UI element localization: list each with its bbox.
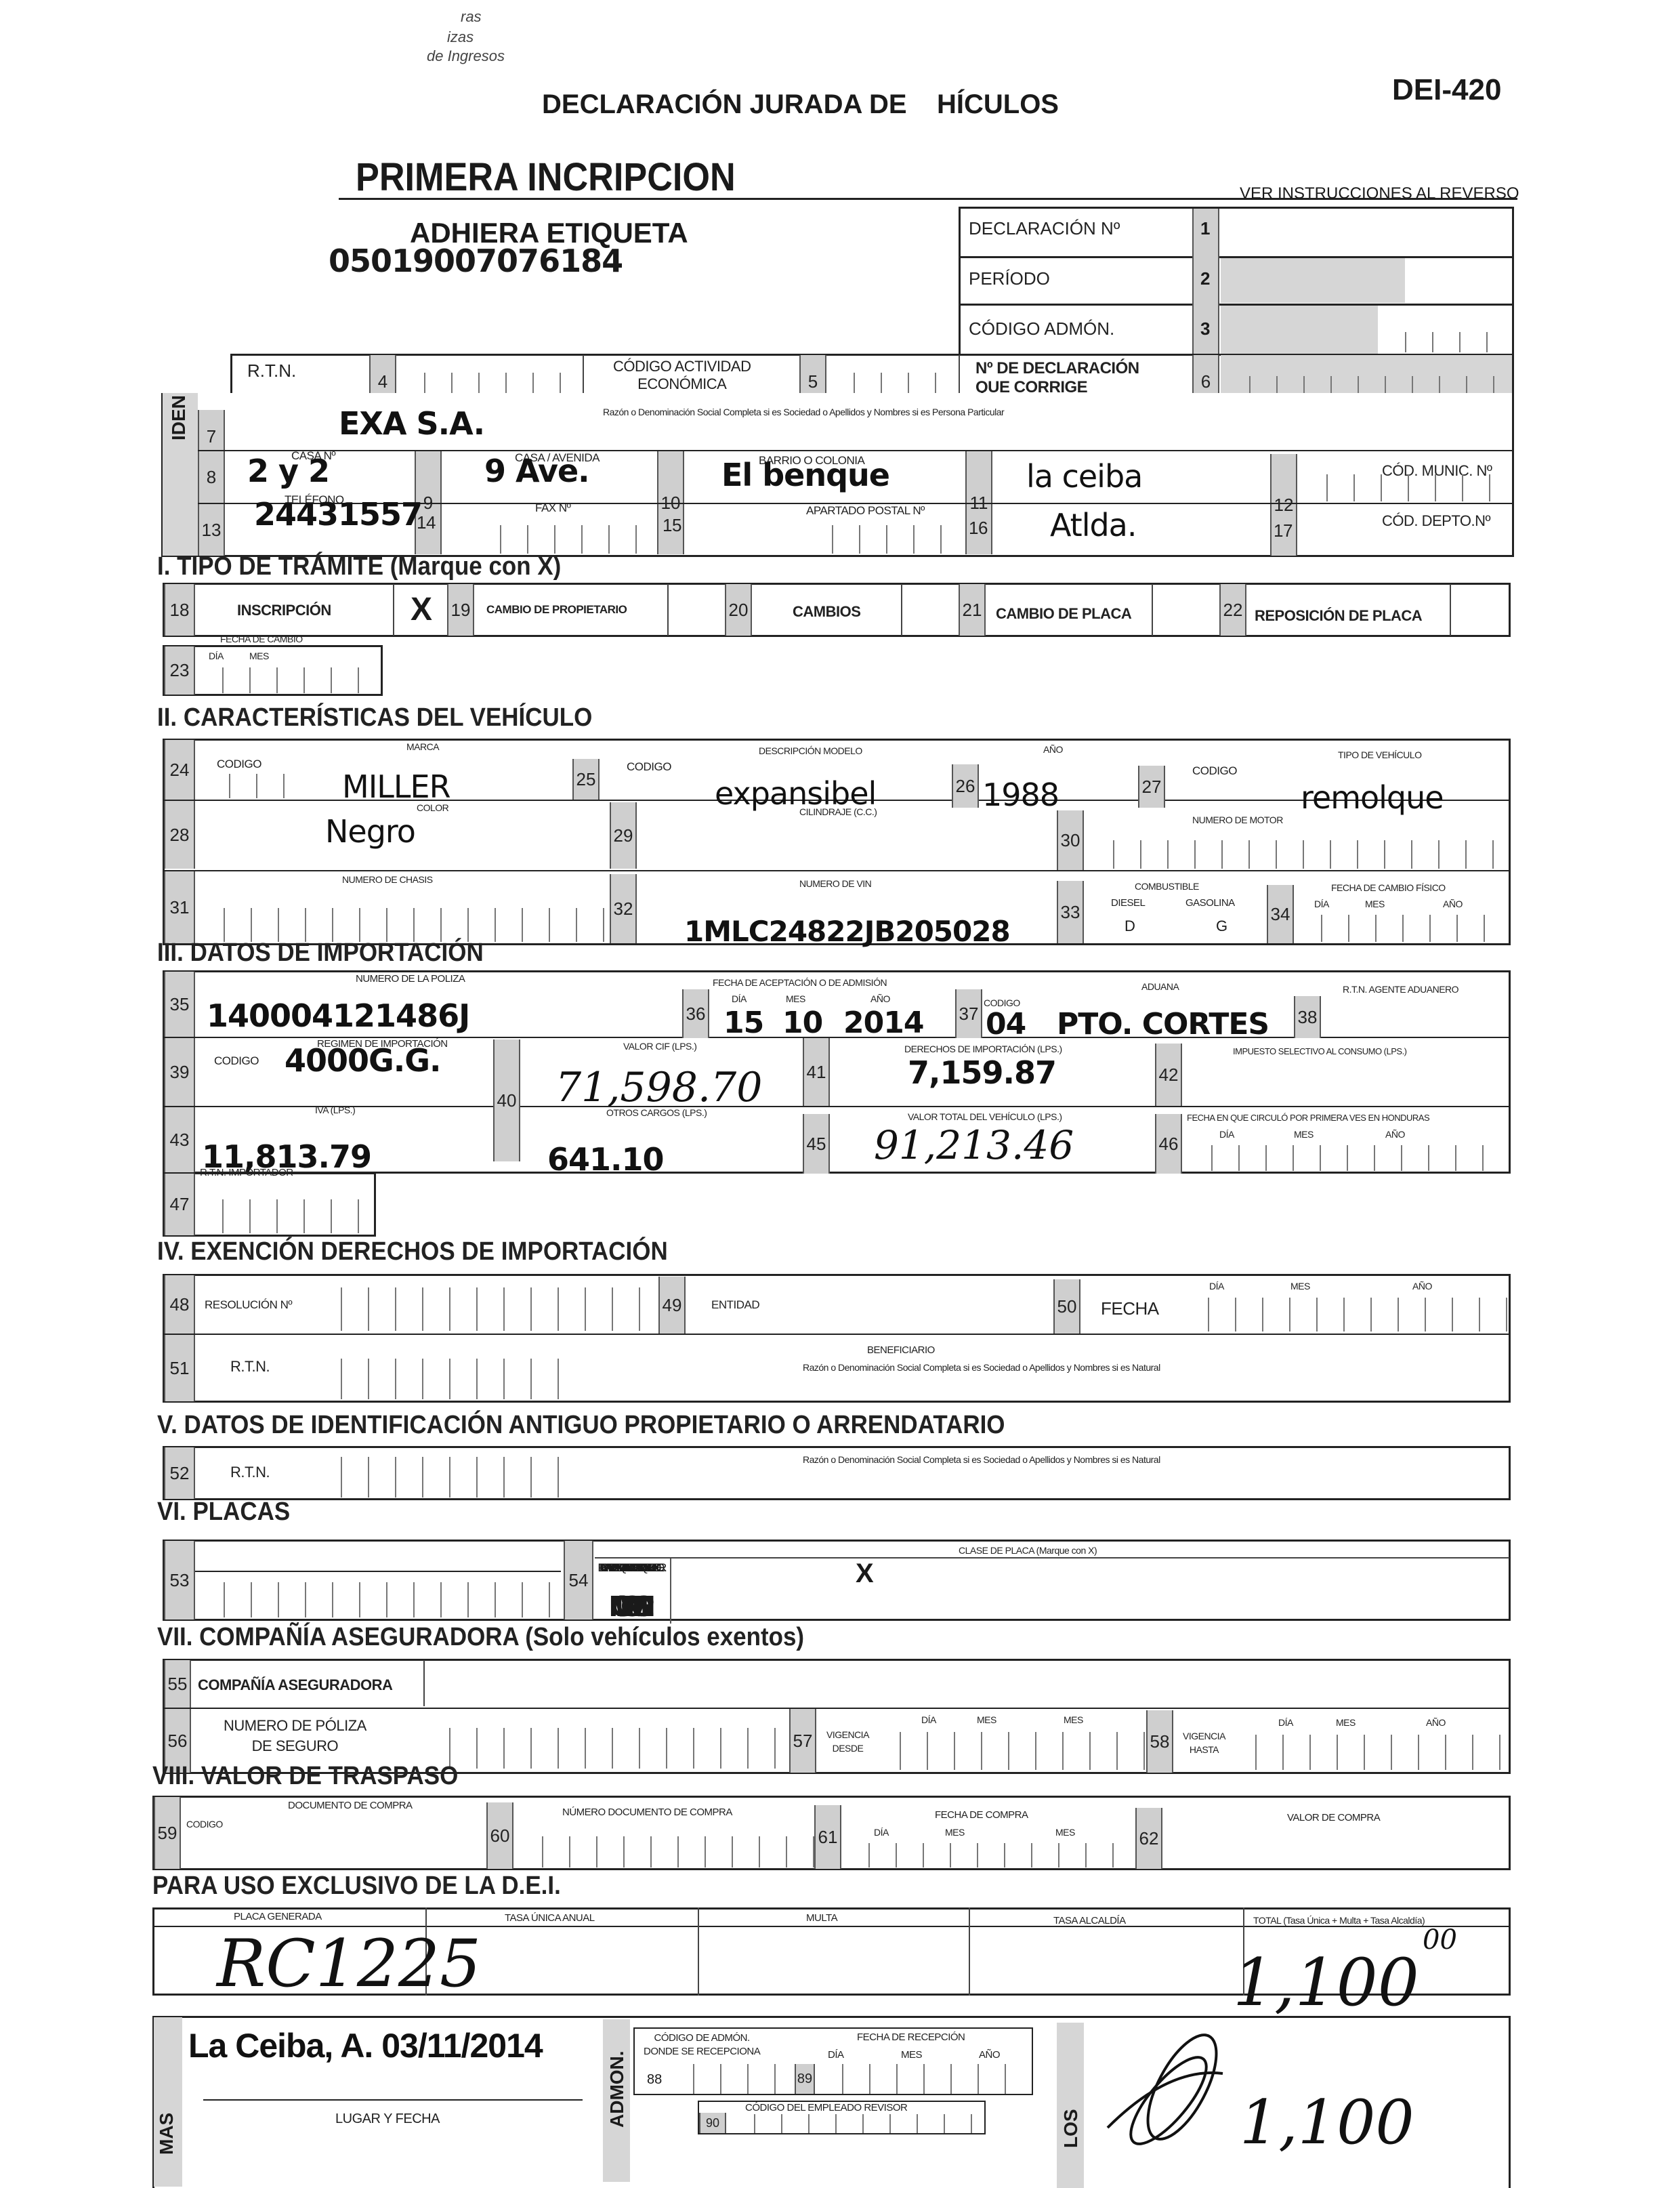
plate-option-me[interactable]: MOTO EXC.ME (595, 1559, 671, 1624)
policy-number-value[interactable]: 140004121486J (207, 997, 469, 1034)
reception-date-header: FECHA DE RECEPCIÓN (857, 2031, 965, 2043)
first-circulation-year-label: AÑO (1385, 1129, 1405, 1140)
place-date-value[interactable]: La Ceiba, A. 03/11/2014 (188, 2026, 543, 2065)
field-14-number: 14 (417, 512, 436, 533)
customs-code-value[interactable]: 04 (986, 1007, 1026, 1041)
po-box-input[interactable] (806, 525, 962, 554)
section-7-title: VII. COMPAÑÍA ASEGURADORA (Solo vehículo… (157, 1623, 804, 1652)
corrected-declaration-label: Nº DE DECLARACIÓNQUE CORRIGE (975, 359, 1139, 397)
acceptance-month-label: MES (786, 993, 805, 1004)
field-1-number: 1 (1200, 218, 1210, 239)
annual-fee-label: TASA ÚNICA ANUAL (505, 1912, 595, 1924)
agency-fragment-1: ras (461, 8, 482, 26)
importer-rtn-input[interactable] (196, 1199, 373, 1233)
fuel-diesel-label: DIESEL (1111, 897, 1145, 909)
purchase-value-input[interactable] (1164, 1830, 1506, 1867)
exemption-date-input[interactable] (1182, 1298, 1507, 1332)
plate-number-input[interactable] (198, 1582, 557, 1617)
resolution-number-input[interactable] (315, 1287, 657, 1331)
reception-year-label: AÑO (979, 2049, 1000, 2061)
place-date-label: LUGAR Y FECHA (335, 2111, 440, 2127)
generated-plate-value[interactable]: RC1225 (217, 1926, 481, 2002)
beneficiary-header: BENEFICIARIO (867, 1344, 935, 1356)
color-header: COLOR (417, 802, 448, 813)
option-changes-label: CAMBIOS (793, 603, 860, 621)
physical-change-date-header: FECHA DE CAMBIO FÍSICO (1331, 882, 1446, 893)
customs-value[interactable]: PTO. CORTES (1057, 1007, 1269, 1041)
purchase-month-label: MES (945, 1827, 965, 1838)
physical-change-day-label: DÍA (1314, 899, 1329, 909)
agency-fragment-2: izas (447, 28, 474, 46)
physical-change-month-label: MES (1365, 899, 1385, 909)
period-input[interactable] (1221, 258, 1405, 303)
form-code: DEI-420 (1392, 73, 1501, 107)
department-value[interactable]: Atlda. (1050, 507, 1137, 543)
physical-change-date-input[interactable] (1295, 915, 1505, 942)
physical-change-year-label: AÑO (1443, 899, 1463, 909)
importer-rtn-header: R.T.N. IMPORTADOR (200, 1167, 293, 1178)
avenue-value[interactable]: 9 Ave. (484, 453, 589, 489)
policy-number-header: NUMERO DE LA POLIZA (356, 973, 465, 985)
purchase-document-number-input[interactable] (516, 1836, 814, 1867)
municipal-fee-label: TASA ALCALDÍA (1053, 1915, 1126, 1926)
valid-until-year-label: AÑO (1426, 1717, 1446, 1728)
section-1-title: I. TIPO DE TRÁMITE (Marque con X) (157, 552, 561, 581)
cif-value-header: VALOR CIF (LPS.) (623, 1041, 696, 1052)
iva-header: IVA (LPS.) (315, 1105, 355, 1115)
color-value[interactable]: Negro (325, 813, 415, 850)
exemption-month-label: MES (1290, 1281, 1310, 1292)
customs-agent-rtn-header: R.T.N. AGENTE ADUANERO (1343, 984, 1458, 995)
import-duties-value[interactable]: 7,159.87 (908, 1054, 1056, 1091)
first-circulation-date-input[interactable] (1185, 1145, 1504, 1171)
other-charges-value[interactable]: 641.10 (547, 1141, 664, 1178)
previous-owner-hint: Razón o Denominación Social Completa si … (803, 1454, 1160, 1465)
po-box-label: APARTADO POSTAL Nº (806, 504, 925, 518)
plate-class-header: CLASE DE PLACA (Marque con X) (959, 1545, 1097, 1556)
rtn-label: R.T.N. (247, 360, 296, 381)
vehicle-type-value[interactable]: remolque (1301, 779, 1444, 816)
total-cents: 00 (1423, 1924, 1457, 1956)
change-date-label: FECHA DE CAMBIO (220, 634, 303, 644)
section-3-title: III. DATOS DE IMPORTACIÓN (157, 938, 484, 968)
fax-input[interactable] (474, 525, 650, 554)
reviewer-code-label: CÓDIGO DEL EMPLEADO REVISOR (745, 2102, 907, 2113)
cif-value[interactable]: 71,598.70 (555, 1064, 762, 1111)
stamp-amount: 1,100 (1240, 2087, 1414, 2158)
first-circulation-month-label: MES (1294, 1129, 1314, 1140)
fuel-gasoline-label: GASOLINA (1185, 897, 1235, 909)
valid-from-year-label: MES (1064, 1714, 1083, 1725)
fax-label: FAX Nº (535, 501, 570, 515)
reception-date-input[interactable] (816, 2064, 1030, 2094)
displacement-header: CILINDRAJE (C.C.) (799, 806, 877, 817)
purchase-date-input[interactable] (843, 1843, 1134, 1867)
valid-until-label: VIGENCIAHASTA (1183, 1729, 1225, 1756)
plate-option-label: MOTO EXC. (602, 1561, 663, 1575)
city-value[interactable]: la ceiba (1026, 458, 1142, 495)
section-8-title: VIII. VALOR DE TRASPASO (152, 1762, 458, 1791)
acceptance-day-label: DÍA (732, 993, 747, 1004)
selective-tax-header: IMPUESTO SELECTIVO AL CONSUMO (LPS.) (1233, 1046, 1407, 1056)
fuel-gasoline-option[interactable]: G (1216, 917, 1227, 935)
total-vehicle-value[interactable]: 91,213.46 (874, 1122, 1074, 1168)
form-title: DECLARACIÓN JURADA DE HÍCULOS (542, 89, 1059, 120)
field-2-number: 2 (1200, 268, 1210, 289)
admin-code-label: CÓDIGO ADMÓN. (969, 318, 1114, 339)
beneficiary-rtn-input[interactable] (315, 1359, 559, 1399)
brand-value[interactable]: MILLER (342, 768, 450, 805)
total-value[interactable]: 1,100 (1233, 1945, 1419, 2021)
valid-until-day-label: DÍA (1278, 1717, 1293, 1728)
vin-header: NUMERO DE VIN (799, 878, 871, 889)
beneficiary-rtn-label: R.T.N. (230, 1358, 270, 1376)
company-name-hint: Razón o Denominación Social Completa si … (603, 407, 1004, 417)
first-circulation-date-header: FECHA EN QUE CIRCULÓ POR PRIMERA VES EN … (1187, 1113, 1429, 1123)
import-regime-value[interactable]: 4000G.G. (285, 1042, 441, 1079)
year-value[interactable]: 1988 (982, 777, 1059, 813)
total-vehicle-value-header: VALOR TOTAL DEL VEHÍCULO (LPS.) (908, 1111, 1062, 1122)
purchase-day-label: DÍA (874, 1827, 889, 1838)
reception-day-label: DÍA (828, 2049, 844, 2061)
other-charges-header: OTROS CARGOS (LPS.) (606, 1107, 707, 1118)
engine-number-input[interactable] (1087, 840, 1507, 869)
field-88-number: 88 (647, 2072, 662, 2088)
section-6-title: VI. PLACAS (157, 1498, 290, 1527)
section-2-title: II. CARACTERÍSTICAS DEL VEHÍCULO (157, 703, 592, 732)
model-header: DESCRIPCIÓN MODELO (759, 745, 862, 756)
exemption-year-label: AÑO (1412, 1281, 1432, 1292)
valid-from-day-label: DÍA (921, 1714, 936, 1725)
import-duties-header: DERECHOS DE IMPORTACIÓN (LPS.) (904, 1044, 1062, 1054)
valid-from-month-label: MES (977, 1714, 996, 1725)
signatures-side-label: MAS (156, 2113, 177, 2155)
insurance-policy-input[interactable] (423, 1728, 789, 1769)
reviewer-code-input[interactable] (728, 2114, 982, 2133)
house-number-value[interactable]: 2 y 2 (247, 453, 329, 489)
declaration-number-label: DECLARACIÓN Nº (969, 218, 1120, 239)
plate-class-options: PARTICULARPALQUILERAMOTO PART.MPREMOLQUE… (595, 1557, 1509, 1621)
company-name-value[interactable]: EXA S.A. (339, 405, 484, 442)
change-date-day-label: DÍA (209, 651, 224, 661)
acceptance-month-value[interactable]: 10 (782, 1006, 822, 1040)
fuel-header: COMBUSTIBLE (1135, 881, 1199, 892)
option-owner-change-label: CAMBIO DE PROPIETARIO (486, 603, 627, 617)
reception-admin-code-label: CÓDIGO DE ADMÓN.DONDE SE RECEPCIONA (644, 2031, 760, 2059)
phone-value[interactable]: 24431557 (254, 496, 422, 533)
municipality-code-input[interactable] (1301, 474, 1504, 501)
period-label: PERÍODO (969, 268, 1050, 289)
option-plate-change-label: CAMBIO DE PLACA (996, 605, 1131, 623)
engine-number-header: NUMERO DE MOTOR (1192, 814, 1283, 825)
option-plate-replacement-checkbox[interactable] (1450, 584, 1511, 636)
brand-code-input[interactable] (203, 774, 285, 798)
generated-plate-label: PLACA GENERADA (234, 1911, 322, 1922)
field-16-number: 16 (969, 518, 988, 539)
vehicle-type-header: TIPO DE VEHÍCULO (1338, 749, 1421, 760)
reception-admin-code-input[interactable] (667, 2064, 789, 2094)
neighborhood-value[interactable]: El benque (721, 457, 889, 493)
purchase-date-header: FECHA DE COMPRA (935, 1809, 1028, 1821)
reception-month-label: MES (901, 2049, 922, 2061)
dei-section-title: PARA USO EXCLUSIVO DE LA D.E.I. (152, 1872, 561, 1901)
brand-code-label: CODIGO (217, 758, 261, 771)
resolution-number-label: RESOLUCIÓN Nº (205, 1298, 292, 1312)
chassis-number-header: NUMERO DE CHASIS (342, 874, 433, 885)
declaration-number-input[interactable] (1221, 209, 1512, 255)
exemption-day-label: DÍA (1209, 1281, 1224, 1292)
previous-owner-rtn-input[interactable] (315, 1457, 559, 1498)
purchase-document-number-header: NÚMERO DOCUMENTO DE COMPRA (562, 1807, 732, 1818)
insurer-label: COMPAÑÍA ASEGURADORA (198, 1676, 392, 1694)
beneficiary-hint: Razón o Denominación Social Completa si … (803, 1362, 1160, 1373)
acceptance-date-header: FECHA DE ACEPTACIÓN O DE ADMISIÓN (713, 977, 887, 988)
agency-fragment-3: de Ingresos (427, 47, 505, 65)
section-4-title: IV. EXENCIÓN DERECHOS DE IMPORTACIÓN (157, 1237, 668, 1266)
acceptance-day-value[interactable]: 15 (723, 1006, 763, 1040)
valid-from-label: VIGENCIADESDE (826, 1728, 869, 1755)
chassis-number-input[interactable] (198, 908, 604, 942)
valid-until-month-label: MES (1336, 1717, 1356, 1728)
stamps-side-label: LOS (1060, 2109, 1082, 2148)
exemption-date-label: FECHA (1101, 1298, 1159, 1319)
year-header: AÑO (1043, 744, 1063, 755)
purchase-document-header: DOCUMENTO DE COMPRA (288, 1800, 413, 1811)
admin-code-input[interactable] (1221, 306, 1378, 354)
admin-side-label: ADMON. (606, 2050, 628, 2128)
acceptance-year-label: AÑO (870, 993, 890, 1004)
instructions-note: VER INSTRUCCIONES AL REVERSO (1240, 184, 1519, 203)
insurance-policy-label: NUMERO DE PÓLIZADE SEGURO (224, 1716, 366, 1756)
insurer-input[interactable] (423, 1660, 1509, 1706)
sticker-number[interactable]: 05019007076184 (329, 243, 623, 279)
brand-header: MARCA (406, 741, 439, 752)
purchase-year-label: MES (1055, 1827, 1075, 1838)
option-plate-change-checkbox[interactable] (1152, 584, 1211, 636)
page-subtitle: PRIMERA INCRIPCION (356, 154, 736, 200)
purchase-value-header: VALOR DE COMPRA (1287, 1812, 1380, 1823)
purchase-document-code-label: CODIGO (186, 1819, 223, 1830)
entity-label: ENTIDAD (711, 1298, 759, 1312)
fuel-diesel-option[interactable]: D (1125, 917, 1135, 935)
customs-header: ADUANA (1141, 981, 1179, 992)
field-15-number: 15 (663, 515, 681, 536)
field-3-number: 3 (1200, 318, 1210, 339)
change-date-input[interactable] (196, 667, 379, 693)
section-5-title: V. DATOS DE IDENTIFICACIÓN ANTIGUO PROPI… (157, 1411, 1005, 1440)
first-circulation-day-label: DÍA (1219, 1129, 1234, 1140)
economic-activity-label: CÓDIGO ACTIVIDADECONÓMICA (613, 358, 751, 393)
field-17-number: 17 (1274, 520, 1293, 541)
plate-selected-mark: X (856, 1559, 874, 1589)
valid-until-input[interactable] (1230, 1735, 1507, 1770)
valid-from-input[interactable] (874, 1732, 1145, 1770)
option-inscription-label: INSCRIPCIÓN (237, 602, 331, 619)
change-date-month-label: MES (249, 651, 269, 661)
option-inscription-checkbox[interactable]: X (393, 584, 448, 636)
vehicle-type-code-label: CODIGO (1192, 764, 1237, 778)
identification-side-label: IDEN (168, 395, 190, 440)
total-label: TOTAL (Tasa Única + Multa + Tasa Alcaldí… (1253, 1915, 1425, 1926)
option-plate-replacement-label: REPOSICIÓN DE PLACA (1255, 607, 1422, 625)
acceptance-year-value[interactable]: 2014 (843, 1006, 923, 1040)
model-code-label: CODIGO (627, 760, 671, 774)
import-regime-code-label: CODIGO (214, 1054, 259, 1068)
department-code-label: CÓD. DEPTO.Nº (1382, 512, 1490, 530)
previous-owner-rtn-label: R.T.N. (230, 1464, 270, 1481)
plate-option-code: ME (610, 1590, 654, 1624)
option-owner-change-checkbox[interactable] (667, 584, 726, 636)
fine-label: MULTA (806, 1912, 837, 1924)
vin-value[interactable]: 1MLC24822JB205028 (684, 915, 1010, 948)
option-changes-checkbox[interactable] (901, 584, 960, 636)
